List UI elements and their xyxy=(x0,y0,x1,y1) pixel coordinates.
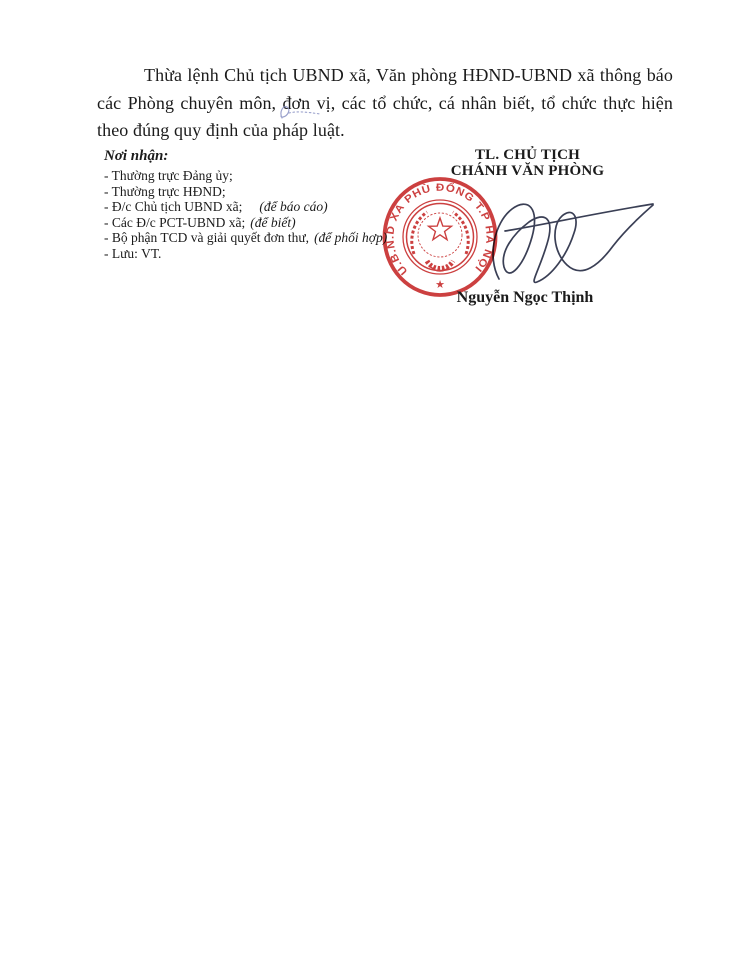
authority-line: TL. CHỦ TỊCH xyxy=(415,147,640,163)
recipient-item: - Thường trực Đảng ủy; xyxy=(104,168,387,184)
document-page: Thừa lệnh Chủ tịch UBND xã, Văn phòng HĐ… xyxy=(0,0,740,958)
stamp-emblem-icon xyxy=(407,204,474,272)
recipient-item: - Bộ phận TCD và giải quyết đơn thư,(để … xyxy=(104,230,387,246)
recipient-item: - Lưu: VT. xyxy=(104,246,387,262)
signer-name: Nguyễn Ngọc Thịnh xyxy=(425,289,625,307)
pen-mark xyxy=(276,101,324,125)
recipient-text: - Thường trực Đảng ủy; xyxy=(104,168,233,183)
recipient-item: - Các Đ/c PCT-UBND xã;(để biết) xyxy=(104,215,387,231)
recipient-item: - Đ/c Chủ tịch UBND xã;(để báo cáo) xyxy=(104,199,387,215)
official-stamp: U.B.N.D XÃ PHÙ ĐỔNG T.P HÀ NỘI ★ xyxy=(378,175,502,299)
recipient-text: - Bộ phận TCD và giải quyết đơn thư, xyxy=(104,230,309,245)
recipient-note: (để biết) xyxy=(250,215,295,230)
stamp-rings xyxy=(385,179,496,295)
handwritten-signature xyxy=(487,195,665,293)
recipient-item: - Thường trực HĐND; xyxy=(104,184,387,200)
recipient-note: (để báo cáo) xyxy=(259,199,327,214)
recipients-section: Nơi nhận: - Thường trực Đảng ủy; - Thườn… xyxy=(104,148,387,262)
recipients-heading: Nơi nhận: xyxy=(104,148,387,165)
body-paragraph: Thừa lệnh Chủ tịch UBND xã, Văn phòng HĐ… xyxy=(97,62,673,145)
recipient-text: - Các Đ/c PCT-UBND xã; xyxy=(104,215,245,230)
recipient-text: - Thường trực HĐND; xyxy=(104,184,226,199)
recipient-list: - Thường trực Đảng ủy; - Thường trực HĐN… xyxy=(104,168,387,262)
recipient-text: - Đ/c Chủ tịch UBND xã; xyxy=(104,199,242,214)
recipient-note: (để phối hợp) xyxy=(314,230,387,245)
recipient-text: - Lưu: VT. xyxy=(104,246,161,261)
